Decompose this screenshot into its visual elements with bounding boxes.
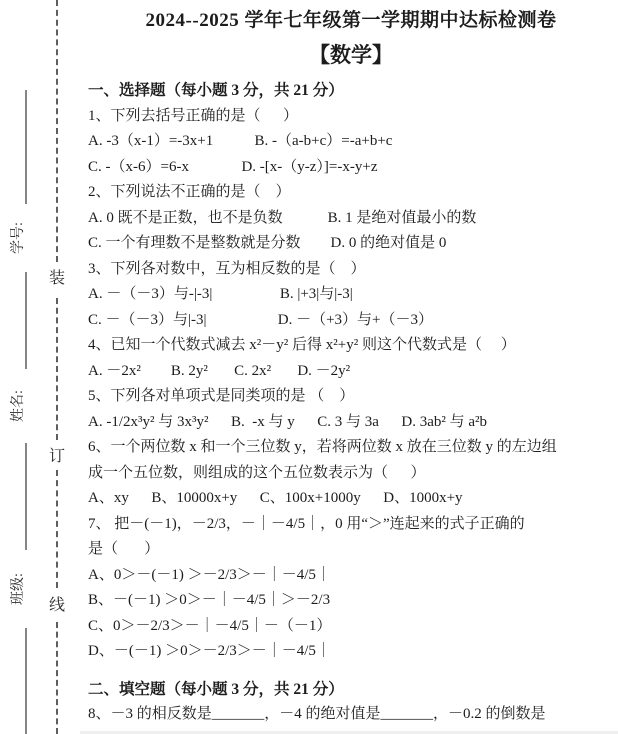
section-1-header: 一、选择题（每小题 3 分，共 21 分） — [88, 78, 614, 104]
q1-options-ab: A. -3（x-1）=-3x+1 B. -（a-b+c）=-a+b+c — [88, 129, 614, 155]
q4-stem: 4、已知一个代数式减去 x²－y² 后得 x²+y² 则这个代数式是（ ） — [88, 333, 614, 359]
q3-options-cd: C. －（－3）与|-3| D. －（+3）与+（－3） — [88, 308, 614, 334]
section-gap — [88, 665, 614, 677]
exam-body: 一、选择题（每小题 3 分，共 21 分） 1、下列去括号正确的是（ ） A. … — [88, 78, 614, 728]
q7-option-a: A、0＞－(－1) ＞－2/3＞－｜－4/5｜ — [88, 563, 614, 589]
q6-stem-line2: 成一个五位数，则组成的这个五位数表示为（ ） — [88, 461, 614, 487]
q8-stem: 8、－3 的相反数是_______，－4 的绝对值是_______，－0.2 的… — [88, 702, 614, 728]
q2-stem: 2、下列说法不正确的是（ ） — [88, 180, 614, 206]
q7-option-c: C、0＞－2/3＞－｜－4/5｜－（－1） — [88, 614, 614, 640]
binding-char-zhuang: 装 — [48, 265, 66, 288]
binding-char-xian: 线 — [48, 592, 66, 615]
q1-stem: 1、下列去括号正确的是（ ） — [88, 104, 614, 130]
q5-stem: 5、下列各对单项式是同类项的是 （ ） — [88, 384, 614, 410]
q2-options-ab: A. 0 既不是正数，也不是负数 B. 1 是绝对值最小的数 — [88, 206, 614, 232]
student-id-label: 学号: — [6, 203, 28, 273]
q7-option-d: D、－(－1) ＞0＞－2/3＞－｜－4/5｜ — [88, 639, 614, 665]
exam-subject: 【数学】 — [88, 38, 614, 72]
margin-solid-line-segment — [25, 90, 27, 204]
q5-options: A. -1/2x³y² 与 3x³y² B. -x 与 y C. 3 与 3a … — [88, 410, 614, 436]
binding-dashed-line-segment — [56, 298, 58, 440]
q1-options-cd: C. -（x-6）=6-x D. -[x-（y-z）]=-x-y+z — [88, 155, 614, 181]
q3-stem: 3、下列各对数中，互为相反数的是（ ） — [88, 257, 614, 283]
q2-options-cd: C. 一个有理数不是整数就是分数 D. 0 的绝对值是 0 — [88, 231, 614, 257]
q7-stem-line1: 7、 把－(－1)，－2/3，－｜－4/5｜，0 用“＞”连起来的式子正确的 — [88, 512, 614, 538]
q3-options-ab: A. －（－3）与-|-3| B. |+3|与|-3| — [88, 282, 614, 308]
q7-option-b: B、－(－1) ＞0＞－｜－4/5｜＞－2/3 — [88, 588, 614, 614]
q4-options: A. －2x² B. 2y² C. 2x² D. －2y² — [88, 359, 614, 385]
q7-stem-line2: 是（ ） — [88, 537, 614, 563]
class-label: 班级: — [6, 549, 28, 629]
margin-solid-line-segment — [25, 628, 27, 734]
exam-page: 2024--2025 学年七年级第一学期期中达标检测卷 【数学】 一、选择题（每… — [88, 6, 614, 728]
binding-char-ding: 订 — [48, 443, 66, 466]
binding-dashed-line-segment — [56, 0, 58, 262]
name-label: 姓名: — [6, 368, 28, 444]
exam-title: 2024--2025 学年七年级第一学期期中达标检测卷 — [88, 6, 614, 36]
margin-solid-line-segment — [25, 272, 27, 369]
q6-stem-line1: 6、一个两位数 x 和一个三位数 y，若将两位数 x 放在三位数 y 的左边组 — [88, 435, 614, 461]
q6-options: A、xy B、10000x+y C、100x+1000y D、1000x+y — [88, 486, 614, 512]
binding-dashed-line-segment — [56, 622, 58, 734]
binding-dashed-line-segment — [56, 470, 58, 588]
margin-solid-line-segment — [25, 443, 27, 550]
section-2-header: 二、填空题（每小题 3 分，共 21 分） — [88, 677, 614, 703]
